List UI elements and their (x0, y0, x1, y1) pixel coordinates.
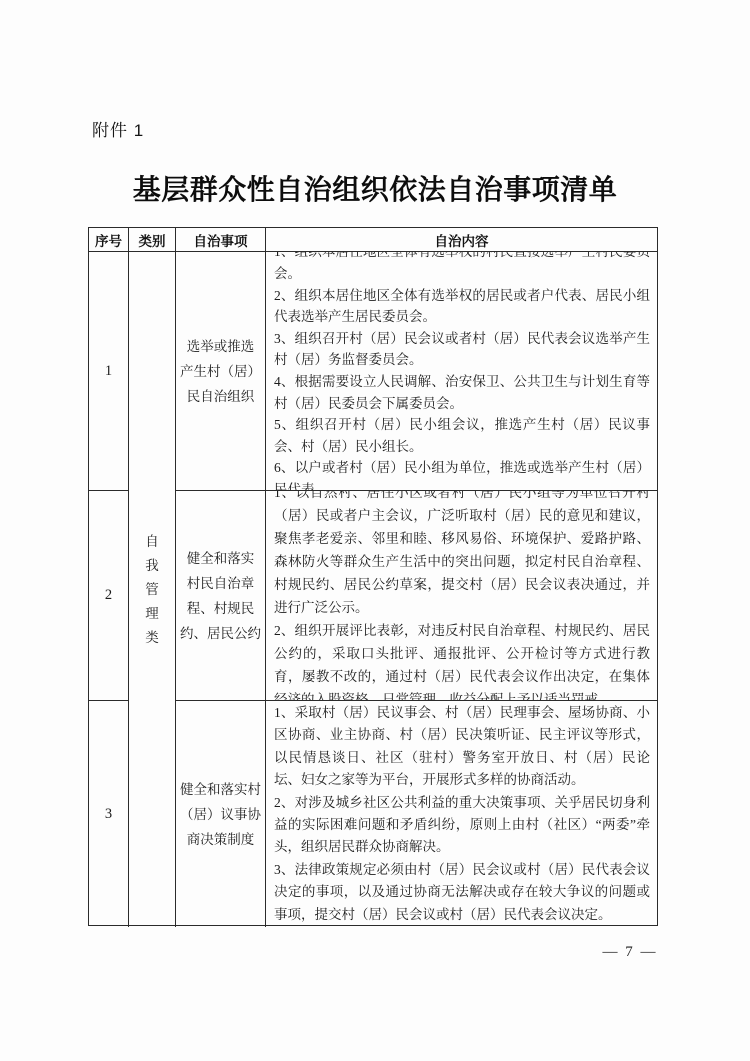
column-header-item: 自治事项 (176, 228, 266, 252)
content-paragraph: 2、组织本居住地区全体有选举权的居民或者户代表、居民小组代表选举产生居民委员会。 (274, 285, 650, 328)
category-vertical-text: 自我管理类 (145, 530, 160, 650)
category-cell: 自我管理类 (129, 252, 176, 927)
item-cell: 健全和落实村 （居）议事协 商决策制度 (176, 701, 266, 927)
content-paragraph: 3、组织召开村（居）民会议或者村（居）民代表会议选举产生村（居）务监督委员会。 (274, 328, 650, 371)
content-paragraph: 6、以户或者村（居）民小组为单位，推选或选举产生村（居）民代表。 (274, 457, 650, 491)
content-paragraph: 1、组织本居住地区全体有选举权的村民直接选举产生村民委员会。 (274, 252, 650, 285)
column-header-content: 自治内容 (266, 228, 657, 252)
autonomy-items-table: 序号 类别 自治事项 自治内容 自我管理类 1 选举或推选 产生村（居） 民自治… (88, 227, 658, 926)
content-cell: 1、采取村（居）民议事会、村（居）民理事会、屋场协商、小区协商、业主协商、村（居… (266, 701, 657, 927)
column-header-index: 序号 (89, 228, 129, 252)
row-index: 1 (89, 252, 129, 491)
column-header-category: 类别 (129, 228, 176, 252)
content-paragraph: 5、组织召开村（居）民小组会议，推选产生村（居）民议事会、村（居）民小组长。 (274, 414, 650, 457)
content-paragraph: 1、采取村（居）民议事会、村（居）民理事会、屋场协商、小区协商、业主协商、村（居… (274, 702, 650, 792)
content-cell: 1、以自然村、居住小区或者村（居）民小组等为单位召开村（居）民或者户主会议，广泛… (266, 491, 657, 701)
row-index: 2 (89, 491, 129, 701)
attachment-label: 附件 1 (92, 116, 144, 141)
content-paragraph: 2、组织开展评比表彰，对违反村民自治章程、村规民约、居民公约的，采取口头批评、通… (274, 619, 650, 702)
page-number: — 7 — (560, 944, 700, 961)
document-page: 附件 1 基层群众性自治组织依法自治事项清单 序号 类别 自治事项 自治内容 自… (0, 0, 750, 1061)
item-cell: 选举或推选 产生村（居） 民自治组织 (176, 252, 266, 491)
row-index: 3 (89, 701, 129, 927)
content-paragraph: 3、法律政策规定必须由村（居）民会议或村（居）民代表会议决定的事项，以及通过协商… (274, 859, 650, 926)
content-paragraph: 1、以自然村、居住小区或者村（居）民小组等为单位召开村（居）民或者户主会议，广泛… (274, 491, 650, 619)
content-paragraph: 4、根据需要设立人民调解、治安保卫、公共卫生与计划生育等村（居）民委员会下属委员… (274, 371, 650, 414)
item-cell: 健全和落实 村民自治章 程、村规民 约、居民公约 (176, 491, 266, 701)
page-title: 基层群众性自治组织依法自治事项清单 (0, 168, 750, 208)
content-cell: 1、组织本居住地区全体有选举权的村民直接选举产生村民委员会。 2、组织本居住地区… (266, 252, 657, 491)
content-paragraph: 2、对涉及城乡社区公共利益的重大决策事项、关乎居民切身利益的实际困难问题和矛盾纠… (274, 792, 650, 859)
